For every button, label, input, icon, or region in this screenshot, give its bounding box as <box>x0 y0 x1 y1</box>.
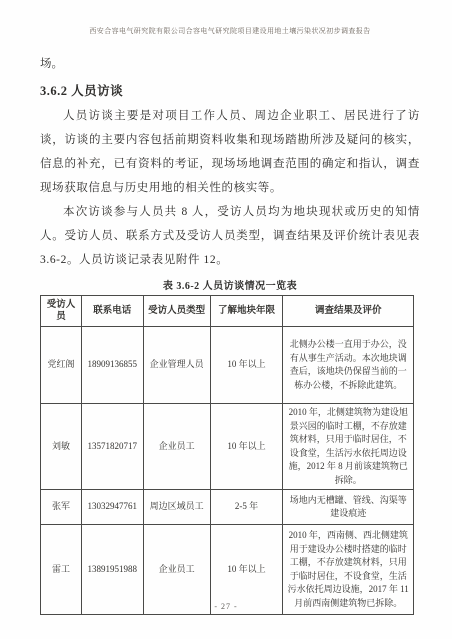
paragraph-2: 本次访谈参与人员共 8 人，受访人员均为地块现状或历史的知情人。受访人员、联系方… <box>40 200 420 272</box>
header-phone: 联系电话 <box>82 296 144 327</box>
cell-evaluation: 场地内无槽罐、管线、沟渠等建设痕迹 <box>283 490 414 525</box>
cell-years: 2-5 年 <box>210 490 283 525</box>
table-row: 刘敏 13571820717 企业员工 10 年以上 2010 年，北侧建筑物为… <box>41 404 414 490</box>
section-heading: 3.6.2 人员访谈 <box>40 80 420 102</box>
cell-type: 周边区域员工 <box>143 490 210 525</box>
cell-years: 10 年以上 <box>210 327 283 404</box>
table-title: 表 3.6-2 人员访谈情况一览表 <box>40 277 420 292</box>
cell-phone: 13032947761 <box>82 490 144 525</box>
table-row: 雷工 13891951988 企业员工 10 年以上 2010 年，西南侧、西北… <box>41 525 414 615</box>
cell-phone: 13571820717 <box>82 404 144 490</box>
table-row: 张军 13032947761 周边区域员工 2-5 年 场地内无槽罐、管线、沟渠… <box>41 490 414 525</box>
cell-phone: 18909136855 <box>82 327 144 404</box>
cell-interviewee: 雷工 <box>41 525 82 615</box>
header-type: 受访人员类型 <box>143 296 210 327</box>
cell-evaluation: 2010 年，西南侧、西北侧建筑用于建设办公楼时搭建的临时工棚，不存放建筑材料，… <box>283 525 414 615</box>
cell-evaluation: 北侧办公楼一直用于办公，没有从事生产活动。本次地块调查后，该地块仍保留当前的一栋… <box>283 327 414 404</box>
paragraph-continuation: 场。 <box>40 52 420 76</box>
cell-years: 10 年以上 <box>210 525 283 615</box>
page-number: - 27 - <box>0 602 452 611</box>
cell-phone: 13891951988 <box>82 525 144 615</box>
table-header-row: 受访人员 联系电话 受访人员类型 了解地块年限 调查结果及评价 <box>41 296 414 327</box>
paragraph-1: 人员访谈主要是对项目工作人员、周边企业职工、居民进行了访谈，访谈的主要内容包括前… <box>40 104 420 200</box>
page-header: 西安合容电气研究院有限公司合容电气研究院项目建设用地土壤污染状况初步调查报告 <box>40 26 420 36</box>
header-interviewee: 受访人员 <box>41 296 82 327</box>
cell-interviewee: 刘敏 <box>41 404 82 490</box>
cell-type: 企业管理人员 <box>143 327 210 404</box>
table-row: 党红阁 18909136855 企业管理人员 10 年以上 北侧办公楼一直用于办… <box>41 327 414 404</box>
header-evaluation: 调查结果及评价 <box>283 296 414 327</box>
cell-type: 企业员工 <box>143 404 210 490</box>
cell-interviewee: 党红阁 <box>41 327 82 404</box>
cell-interviewee: 张军 <box>41 490 82 525</box>
interview-table: 受访人员 联系电话 受访人员类型 了解地块年限 调查结果及评价 党红阁 1890… <box>40 295 414 615</box>
cell-evaluation: 2010 年，北侧建筑物为建设旭景兴园的临时工棚，不存放建筑材料，只用于临时居住… <box>283 404 414 490</box>
header-years: 了解地块年限 <box>210 296 283 327</box>
cell-years: 10 年以上 <box>210 404 283 490</box>
cell-type: 企业员工 <box>143 525 210 615</box>
document-page: 西安合容电气研究院有限公司合容电气研究院项目建设用地土壤污染状况初步调查报告 场… <box>0 0 452 639</box>
